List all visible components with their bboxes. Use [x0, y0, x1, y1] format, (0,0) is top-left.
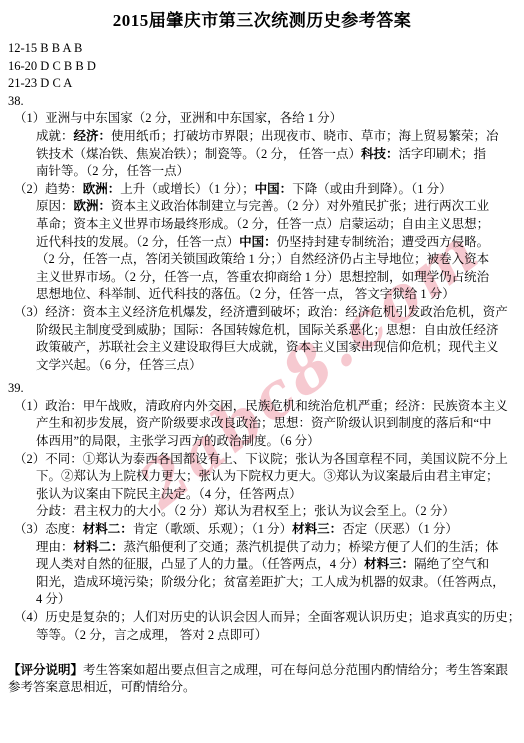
q39-part3-line2: 理由：材料二：蒸汽船便利了交通；蒸汽机提供了动力；桥梁方便了人们的生活；体 — [8, 539, 522, 557]
q38-part1-line2: 成就：经济：使用纸币；打破坊市界限；出现夜市、晓市、草市；海上贸易繁荣；冶 — [8, 128, 522, 146]
text-run: （3）经济：资本主义经济危机爆发，经济遭到破坏；政治：经济危机引发政治危机，资产 — [14, 305, 508, 319]
q38-part2-line5: （2 分，任答一点，答闭关锁国政策给 1 分；）自然经济仍占主导地位；被卷入资本 — [8, 251, 522, 269]
bold-label: 【评分说明】 — [8, 663, 83, 677]
text-run: （2）趋势： — [14, 182, 83, 196]
question-39-label: 39. — [8, 380, 522, 398]
scoring-note-line1: 【评分说明】考生答案如超出要点但言之成理，可在每问总分范围内酌情给分；考生答案跟 — [8, 662, 522, 680]
q39-part2-line3: 张认为议案由下院民主决定。（4 分，任答两点） — [8, 486, 522, 504]
text-run: 参考答案意思相近，可酌情给分。 — [8, 680, 196, 694]
q39-part3-line4: 阳光，造成环境污染；阶级分化；贫富差距扩大；工人成为机器的奴隶。（任答两点， — [8, 574, 522, 592]
text-run: （1）政治：甲午战败，清政府内外交困，民族危机和统治危机严重；经济：民族资本主义 — [14, 399, 508, 413]
q38-part2-line4: 近代科技的发展。（2 分，任答一点）中国：仍坚持封建专制统治；遭受西方侵略。 — [8, 234, 522, 252]
text-run: 仍坚持封建专制统治；遭受西方侵略。 — [277, 235, 490, 249]
choice-answers-21-23: 21-23 D C A — [8, 75, 522, 93]
q38-part3-line3: 政策破产，苏联社会主义建设取得巨大成就，资本主义国家出现信仰危机；现代主义 — [8, 339, 522, 357]
page-title: 2015届肇庆市第三次统测历史参考答案 — [0, 6, 524, 31]
choice-answers-16-20: 16-20 D C B B D — [8, 58, 522, 76]
text-run: 南针等。（2 分，任答一点） — [36, 164, 189, 178]
text-run: 现人类对自然的征服，凸显了人的力量。（任答两点，4 分） — [36, 557, 364, 571]
q39-part1-line3: 体西用”的局限，主张学习西方的政治制度。（6 分） — [8, 433, 522, 451]
scoring-note-line2: 参考答案意思相近，可酌情给分。 — [8, 679, 522, 697]
q39-part2-line2: 下。②郑认为上院权力更大；张认为下院权力更大。③郑认为议案最后由君主审定； — [8, 468, 522, 486]
text-run: 阳光，造成环境污染；阶级分化；贫富差距扩大；工人成为机器的奴隶。（任答两点， — [36, 575, 505, 589]
text-run: 原因： — [36, 199, 74, 213]
text-run: 隔绝了空气和 — [414, 557, 489, 571]
choice-answers-12-15: 12-15 B B A B — [8, 40, 522, 58]
text-run: （4）历史是复杂的；人们对历史的认识会因人而异；全面客观认识历史；追求真实的历史… — [14, 610, 520, 624]
text-run: 下。②郑认为上院权力更大；张认为下院权力更大。③郑认为议案最后由君主审定； — [36, 469, 499, 483]
question-38-label: 38. — [8, 93, 522, 111]
bold-label: 材料二： — [83, 522, 133, 536]
text-run: 12-15 B B A B — [8, 41, 82, 55]
text-run: （2）不同：①郑认为泰西各国都设有上、下议院；张认为各国章程不同，美国议院不分上 — [14, 452, 508, 466]
text-run: 阶级民主制度受到威胁；国际：各国转嫁危机，国际关系恶化；思想：自由放任经济 — [36, 323, 499, 337]
text-run: 否定（厌恶）（1 分） — [342, 522, 458, 536]
q39-part4-line1: （4）历史是复杂的；人们对历史的认识会因人而异；全面客观认识历史；追求真实的历史… — [8, 609, 522, 627]
text-run: 张认为议案由下院民主决定。（4 分，任答两点） — [36, 487, 302, 501]
q38-part1-line3: 铁技术（煤冶铁、焦炭冶铁）；制瓷等。（2 分， 任答一点）科技：活字印刷术；指 — [8, 146, 522, 164]
bold-label: 经济： — [74, 129, 112, 143]
q38-part1-line1: （1）亚洲与中东国家（2 分，亚洲和中东国家，各给 1 分） — [8, 110, 522, 128]
text-run: （2 分，任答一点，答闭关锁国政策给 1 分；）自然经济仍占主导地位；被卷入资本 — [36, 252, 489, 266]
q39-part1-line2: 产生和初步发展，资产阶级要求改良政治；思想：资产阶级认识到制度的落后和“中 — [8, 415, 522, 433]
text-run: 分歧：君主权力的大小。（2 分）郑认为君权至上；张认为议会至上。（2 分） — [36, 504, 455, 518]
q39-part3-line1: （3）态度：材料二：肯定（歌颂、乐观）；（1 分）材料三：否定（厌恶）（1 分） — [8, 521, 522, 539]
q38-part2-line3: 革命；资本主义世界市场最终形成。（2 分，任答一点）启蒙运动；自由主义思想； — [8, 216, 522, 234]
q38-part1-line4: 南针等。（2 分，任答一点） — [8, 163, 522, 181]
bold-label: 中国： — [239, 235, 277, 249]
text-run: 38. — [8, 94, 24, 108]
q38-part3-line1: （3）经济：资本主义经济危机爆发，经济遭到破坏；政治：经济危机引发政治危机，资产 — [8, 304, 522, 322]
bold-label: 科技： — [361, 147, 399, 161]
bold-label: 材料二： — [74, 540, 124, 554]
text-run: 下降（或由升到降）。（1 分） — [292, 182, 451, 196]
text-run: 文学兴起。（6 分，任答三点） — [36, 358, 202, 372]
q39-part3-line5: 4 分） — [8, 591, 522, 609]
text-run: 政策破产，苏联社会主义建设取得巨大成就，资本主义国家出现信仰危机；现代主义 — [36, 340, 499, 354]
text-run: 革命；资本主义世界市场最终形成。（2 分，任答一点）启蒙运动；自由主义思想； — [36, 217, 489, 231]
text-run: 产生和初步发展，资产阶级要求改良政治；思想：资产阶级认识到制度的落后和“中 — [36, 416, 492, 430]
text-run: 近代科技的发展。（2 分，任答一点） — [36, 235, 239, 249]
bold-label: 材料三： — [364, 557, 414, 571]
q38-part2-line1: （2）趋势：欧洲：上升（或增长）（1 分）；中国：下降（或由升到降）。（1 分） — [8, 181, 522, 199]
bold-label: 欧洲： — [83, 182, 121, 196]
text-run: 主义世界市场。（2 分，任答一点，答重农抑商给 1 分）思想控制，如理学仍占统治 — [36, 270, 489, 284]
text-run: （1）亚洲与中东国家（2 分，亚洲和中东国家，各给 1 分） — [14, 111, 342, 125]
text-run: 肯定（歌颂、乐观）；（1 分） — [133, 522, 292, 536]
text-run: 考生答案如超出要点但言之成理，可在每问总分范围内酌情给分；考生答案跟 — [83, 663, 508, 677]
text-run: 蒸汽船便利了交通；蒸汽机提供了动力；桥梁方便了人们的生活；体 — [124, 540, 499, 554]
q39-part2-line1: （2）不同：①郑认为泰西各国都设有上、下议院；张认为各国章程不同，美国议院不分上 — [8, 451, 522, 469]
document-lines: 12-15 B B A B16-20 D C B B D21-23 D C A3… — [0, 40, 524, 697]
bold-label: 材料三： — [292, 522, 342, 536]
text-run: 39. — [8, 381, 24, 395]
text-run: 铁技术（煤冶铁、焦炭冶铁）；制瓷等。（2 分， 任答一点） — [36, 147, 361, 161]
bold-label: 中国： — [255, 182, 293, 196]
q39-part4-line2: 等等。（2 分，言之成理， 答对 2 点即可） — [8, 627, 522, 645]
q39-part3-line3: 现人类对自然的征服，凸显了人的力量。（任答两点，4 分）材料三：隔绝了空气和 — [8, 556, 522, 574]
text-run: 21-23 D C A — [8, 76, 72, 90]
bold-label: 欧洲： — [74, 199, 112, 213]
text-run: 体西用”的局限，主张学习西方的政治制度。（6 分） — [36, 434, 320, 448]
text-run: 资本主义政治体制建立与完善。（2 分）对外殖民扩张；进行两次工业 — [111, 199, 489, 213]
text-run: 成就： — [36, 129, 74, 143]
answer-key-page: 2abc8.com 2015届肇庆市第三次统测历史参考答案 12-15 B B … — [0, 6, 524, 743]
q38-part2-line7: 思想地位、科举制、近代科技的落伍。（2 分，任答一点， 答文字狱给 1 分） — [8, 286, 522, 304]
text-run: 活字印刷术；指 — [399, 147, 487, 161]
text-run: 思想地位、科举制、近代科技的落伍。（2 分，任答一点， 答文字狱给 1 分） — [36, 287, 455, 301]
q38-part2-line6: 主义世界市场。（2 分，任答一点，答重农抑商给 1 分）思想控制，如理学仍占统治 — [8, 269, 522, 287]
q39-part2-line4: 分歧：君主权力的大小。（2 分）郑认为君权至上；张认为议会至上。（2 分） — [8, 503, 522, 521]
spacer-line — [8, 644, 522, 662]
text-run: 16-20 D C B B D — [8, 59, 96, 73]
q38-part2-line2: 原因：欧洲：资本主义政治体制建立与完善。（2 分）对外殖民扩张；进行两次工业 — [8, 198, 522, 216]
q39-part1-line1: （1）政治：甲午战败，清政府内外交困，民族危机和统治危机严重；经济：民族资本主义 — [8, 398, 522, 416]
text-run: 4 分） — [36, 592, 70, 606]
text-run: 理由： — [36, 540, 74, 554]
text-run: （3）态度： — [14, 522, 83, 536]
text-run: 使用纸币；打破坊市界限；出现夜市、晓市、草市；海上贸易繁荣；冶 — [111, 129, 499, 143]
text-run: 上升（或增长）（1 分）； — [120, 182, 254, 196]
q38-part3-line4: 文学兴起。（6 分，任答三点） — [8, 357, 522, 375]
text-run: 等等。（2 分，言之成理， 答对 2 点即可） — [36, 628, 267, 642]
q38-part3-line2: 阶级民主制度受到威胁；国际：各国转嫁危机，国际关系恶化；思想：自由放任经济 — [8, 322, 522, 340]
